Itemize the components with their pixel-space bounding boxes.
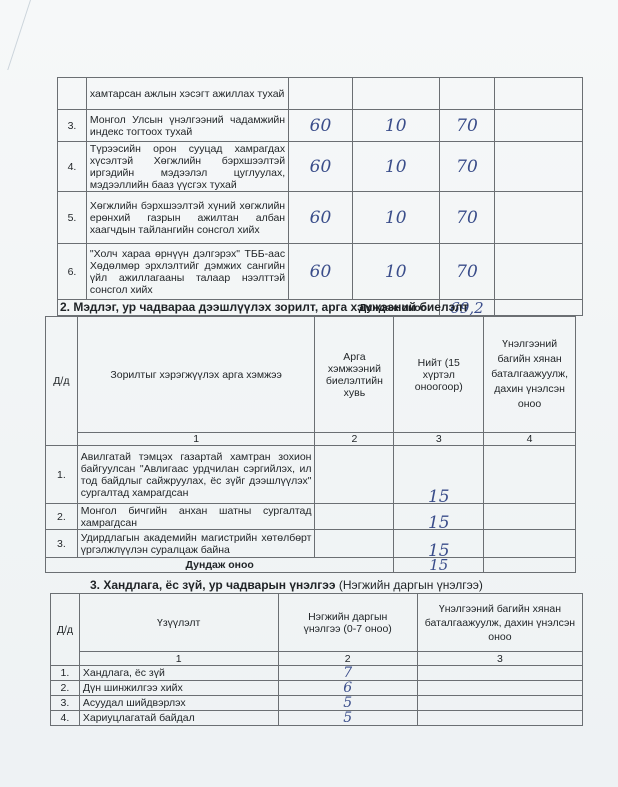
head-score: 5: [278, 711, 417, 726]
row-number: 4.: [58, 142, 87, 192]
col-number: 1: [77, 433, 315, 446]
criteria-name: Дүн шинжилгээ хийх: [79, 681, 278, 696]
average-empty: [484, 558, 576, 573]
section2-title: 2. Мэдлэг, ур чадвараа дээшлүүлэх зорилт…: [60, 300, 468, 314]
skills-table: Д/д Зорилтыг хэрэгжүүлэх арга хэмжээ Арг…: [45, 316, 576, 573]
score-a: 60: [289, 142, 353, 192]
verified-score: [417, 681, 582, 696]
row-number: 3.: [51, 696, 80, 711]
row-number: 5.: [58, 192, 87, 244]
header-verified: Үнэлгээний багийн хянан баталгаажуулж, д…: [417, 594, 582, 652]
col-number: 1: [79, 652, 278, 666]
head-score: 7: [278, 666, 417, 681]
score-b: [352, 78, 439, 110]
verified-score: [484, 446, 576, 504]
table-row: хамтарсан ажлын хэсэгт ажиллах тухай: [58, 78, 583, 110]
header-verified: Үнэлгээний багийн хянан баталгаажуулж, д…: [484, 317, 576, 433]
score-c: 70: [439, 192, 495, 244]
paper-fold: [0, 0, 31, 70]
table-row: 3.Удирдлагын академийн магистрийн хөтөлб…: [46, 530, 576, 558]
row-description: Түрээсийн орон сууцад хамрагдах хүсэлтэй…: [86, 142, 288, 192]
table-row: 1.Авилгатай тэмцэх газартай хамтран зохи…: [46, 446, 576, 504]
section3-subtitle: (Нэгжийн даргын үнэлгээ): [339, 578, 483, 592]
header-total: Нийт (15 хүртэл оноогоор): [394, 317, 484, 433]
average-value: 15: [394, 558, 484, 573]
total-score: 15: [394, 446, 484, 504]
row-description: Хөгжлийн бэрхшээлтэй хүний хөгжлийн ерөн…: [86, 192, 288, 244]
verified-score: [417, 711, 582, 726]
row-number: 1.: [46, 446, 78, 504]
table-row: 4.Хариуцлагатай байдал5: [51, 711, 583, 726]
score-c: 70: [439, 244, 495, 300]
verified-score: [484, 504, 576, 530]
verified-score: [417, 666, 582, 681]
score-d: [495, 244, 583, 300]
score-d: [495, 110, 583, 142]
score-c: 70: [439, 110, 495, 142]
score-a: 60: [289, 244, 353, 300]
row-number: 3.: [58, 110, 87, 142]
col-number: 2: [315, 433, 394, 446]
percent-cell: [315, 446, 394, 504]
header-measure: Зорилтыг хэрэгжүүлэх арга хэмжээ: [77, 317, 315, 433]
row-number: 2.: [51, 681, 80, 696]
score-a: 60: [289, 192, 353, 244]
average-row: Дундаж оноо15: [46, 558, 576, 573]
score-d: [495, 192, 583, 244]
task-evaluation-table: хамтарсан ажлын хэсэгт ажиллах тухай3.Мо…: [57, 77, 583, 316]
table-row: 2.Дүн шинжилгээ хийх6: [51, 681, 583, 696]
row-description: "Холч хараа өрнүүн дэлгэрэх" ТББ-аас Хөд…: [86, 244, 288, 300]
table-row: 3.Монгол Улсын үнэлгээний чадамжийн инде…: [58, 110, 583, 142]
percent-cell: [315, 530, 394, 558]
head-score: 5: [278, 696, 417, 711]
col-number: 4: [484, 433, 576, 446]
criteria-name: Асуудал шийдвэрлэх: [79, 696, 278, 711]
header-head-score: Нэгжийн даргын үнэлгээ (0-7 оноо): [278, 594, 417, 652]
row-description: Монгол бичгийн анхан шатны сургалтад хам…: [77, 504, 315, 530]
row-description: Удирдлагын академийн магистрийн хөтөлбөр…: [77, 530, 315, 558]
row-number: 6.: [58, 244, 87, 300]
row-number: [58, 78, 87, 110]
attitude-table: Д/д Үзүүлэлт Нэгжийн даргын үнэлгээ (0-7…: [50, 593, 583, 726]
verified-score: [417, 696, 582, 711]
section3-title-text: 3. Хандлага, ёс зүй, ур чадварын үнэлгээ: [90, 578, 336, 592]
score-d: [495, 78, 583, 110]
header-no: Д/д: [46, 317, 78, 446]
col-number: 2: [278, 652, 417, 666]
score-b: 10: [352, 192, 439, 244]
head-score: 6: [278, 681, 417, 696]
table-row: 4.Түрээсийн орон сууцад хамрагдах хүсэлт…: [58, 142, 583, 192]
criteria-name: Хандлага, ёс зүй: [79, 666, 278, 681]
score-a: [289, 78, 353, 110]
verified-score: [484, 530, 576, 558]
row-description: хамтарсан ажлын хэсэгт ажиллах тухай: [86, 78, 288, 110]
row-description: Авилгатай тэмцэх газартай хамтран зохион…: [77, 446, 315, 504]
scanned-page: хамтарсан ажлын хэсэгт ажиллах тухай3.Мо…: [0, 0, 618, 787]
col-number: 3: [394, 433, 484, 446]
table-row: 1.Хандлага, ёс зүй7: [51, 666, 583, 681]
score-c: [439, 78, 495, 110]
header-no: Д/д: [51, 594, 80, 666]
section3-title: 3. Хандлага, ёс зүй, ур чадварын үнэлгээ…: [90, 578, 483, 592]
score-b: 10: [352, 244, 439, 300]
score-d: [495, 142, 583, 192]
score-a: 60: [289, 110, 353, 142]
table-row: 3.Асуудал шийдвэрлэх5: [51, 696, 583, 711]
total-score: 15: [394, 504, 484, 530]
average-empty: [495, 300, 583, 316]
score-b: 10: [352, 110, 439, 142]
table-row: 2.Монгол бичгийн анхан шатны сургалтад х…: [46, 504, 576, 530]
table-row: 6."Холч хараа өрнүүн дэлгэрэх" ТББ-аас Х…: [58, 244, 583, 300]
percent-cell: [315, 504, 394, 530]
table-row: 5.Хөгжлийн бэрхшээлтэй хүний хөгжлийн ер…: [58, 192, 583, 244]
header-criteria: Үзүүлэлт: [79, 594, 278, 652]
total-score: 15: [394, 530, 484, 558]
row-number: 1.: [51, 666, 80, 681]
row-number: 4.: [51, 711, 80, 726]
criteria-name: Хариуцлагатай байдал: [79, 711, 278, 726]
average-label: Дундаж оноо: [46, 558, 394, 573]
score-b: 10: [352, 142, 439, 192]
col-number: 3: [417, 652, 582, 666]
score-c: 70: [439, 142, 495, 192]
header-percent: Арга хэмжээний биелэлтийн хувь: [315, 317, 394, 433]
row-number: 2.: [46, 504, 78, 530]
row-description: Монгол Улсын үнэлгээний чадамжийн индекс…: [86, 110, 288, 142]
row-number: 3.: [46, 530, 78, 558]
